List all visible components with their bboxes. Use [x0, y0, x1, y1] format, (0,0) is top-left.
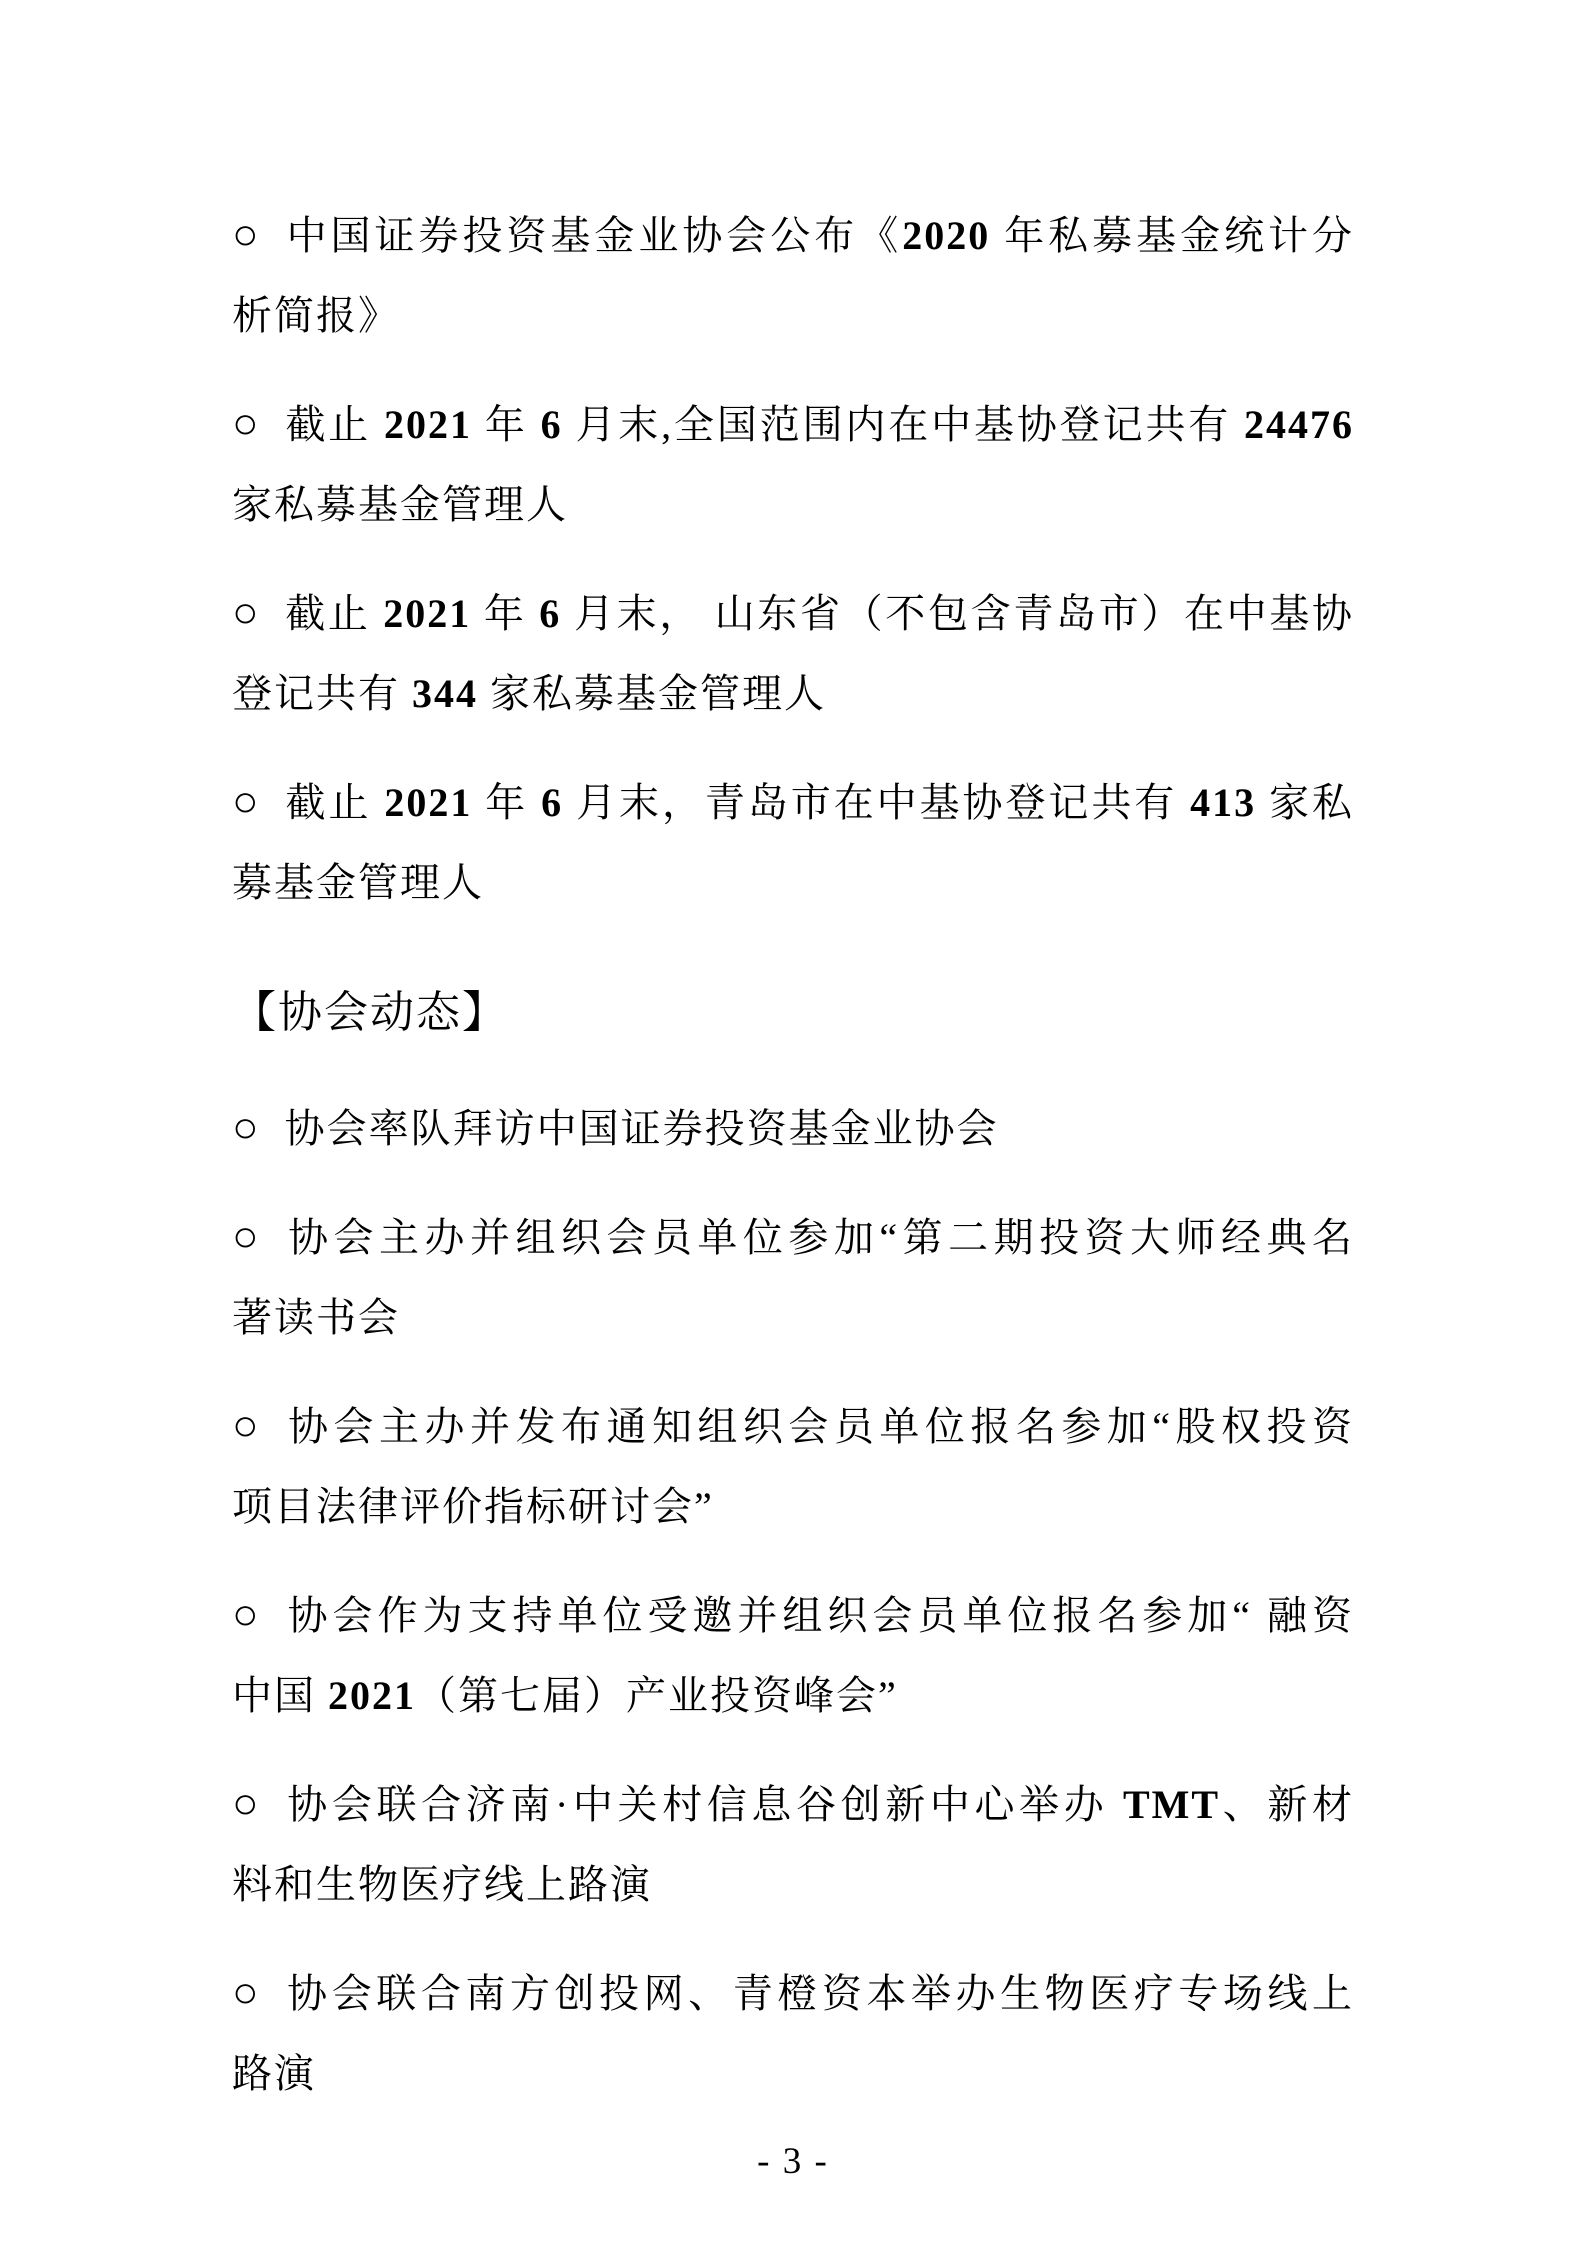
list-item: ○截止 2021 年 6 月末，青岛市在中基协登记共有 413 家私 募基金管理…: [232, 762, 1354, 923]
bullet-text: 中国证券投资基金业协会公布《2020 年私募基金统计分: [287, 213, 1354, 258]
bullet-text: 著读书会: [232, 1295, 400, 1340]
bullet-text: 协会作为支持单位受邀并组织会员单位报名参加“ 融资: [288, 1593, 1354, 1638]
bullet-line: ○截止 2021 年 6 月末,全国范围内在中基协登记共有 24476: [232, 384, 1354, 465]
bullet-circle-icon: ○: [232, 1590, 264, 1639]
bullet-line: 募基金管理人: [232, 843, 1354, 923]
bullet-line: 登记共有 344 家私募基金管理人: [232, 654, 1354, 734]
list-item: ○截止 2021 年 6 月末， 山东省（不包含青岛市）在中基协 登记共有 34…: [232, 573, 1354, 734]
bullet-circle-icon: ○: [232, 1401, 264, 1450]
bullet-text: 项目法律评价指标研讨会”: [232, 1484, 714, 1529]
bullet-line: ○协会联合南方创投网、青橙资本举办生物医疗专场线上: [232, 1953, 1354, 2034]
bullet-text: 协会联合南方创投网、青橙资本举办生物医疗专场线上: [287, 1971, 1354, 2016]
bullet-text: 截止 2021 年 6 月末， 山东省（不包含青岛市）在中基协: [285, 591, 1354, 636]
bullet-text: 协会联合济南·中关村信息谷创新中心举办 TMT、新材: [287, 1782, 1354, 1827]
bullet-line: ○协会作为支持单位受邀并组织会员单位报名参加“ 融资: [232, 1575, 1354, 1656]
bullet-line: 中国 2021（第七届）产业投资峰会”: [232, 1656, 1354, 1736]
bullet-text: 登记共有 344 家私募基金管理人: [232, 671, 826, 716]
list-item: ○中国证券投资基金业协会公布《2020 年私募基金统计分 析简报》: [232, 195, 1354, 356]
list-item: ○协会主办并组织会员单位参加“第二期投资大师经典名 著读书会: [232, 1197, 1354, 1358]
bullet-circle-icon: ○: [232, 1779, 263, 1828]
list-item: ○协会主办并发布通知组织会员单位报名参加“股权投资 项目法律评价指标研讨会”: [232, 1386, 1354, 1547]
bullet-text: 路演: [232, 2051, 316, 2096]
bullet-circle-icon: ○: [232, 1212, 264, 1261]
bullet-circle-icon: ○: [232, 210, 263, 259]
document-body: ○中国证券投资基金业协会公布《2020 年私募基金统计分 析简报》 ○截止 20…: [232, 195, 1354, 2182]
bullet-circle-icon: ○: [232, 777, 262, 826]
bullet-line: ○中国证券投资基金业协会公布《2020 年私募基金统计分: [232, 195, 1354, 276]
list-item: ○协会联合济南·中关村信息谷创新中心举办 TMT、新材 料和生物医疗线上路演: [232, 1764, 1354, 1925]
bullet-line: ○协会联合济南·中关村信息谷创新中心举办 TMT、新材: [232, 1764, 1354, 1845]
bullet-line: ○协会率队拜访中国证券投资基金业协会: [232, 1088, 1354, 1169]
bullet-line: ○截止 2021 年 6 月末， 山东省（不包含青岛市）在中基协: [232, 573, 1354, 654]
bullet-line: 料和生物医疗线上路演: [232, 1845, 1354, 1925]
page: { "document": { "bullet_marker": "○", "s…: [0, 0, 1587, 2245]
bullet-circle-icon: ○: [232, 399, 261, 448]
bullet-text: 协会主办并组织会员单位参加“第二期投资大师经典名: [288, 1215, 1354, 1260]
bullet-line: 路演: [232, 2034, 1354, 2114]
page-number: - 3 -: [232, 2142, 1354, 2182]
bullet-circle-icon: ○: [232, 588, 261, 637]
bullet-text: 截止 2021 年 6 月末，青岛市在中基协登记共有 413 家私: [286, 780, 1355, 825]
bullet-text: 析简报》: [232, 293, 400, 338]
bullet-line: ○协会主办并组织会员单位参加“第二期投资大师经典名: [232, 1197, 1354, 1278]
section-heading: 【协会动态】: [232, 973, 1354, 1053]
bullet-line: 项目法律评价指标研讨会”: [232, 1467, 1354, 1547]
bullet-line: 著读书会: [232, 1278, 1354, 1358]
list-item: ○截止 2021 年 6 月末,全国范围内在中基协登记共有 24476 家私募基…: [232, 384, 1354, 545]
list-item: ○协会率队拜访中国证券投资基金业协会: [232, 1088, 1354, 1169]
bullet-circle-icon: ○: [232, 1103, 261, 1152]
list-item: ○协会联合南方创投网、青橙资本举办生物医疗专场线上 路演: [232, 1953, 1354, 2114]
bullet-text: 家私募基金管理人: [232, 482, 568, 527]
bullet-text: 截止 2021 年 6 月末,全国范围内在中基协登记共有 24476: [285, 402, 1354, 447]
bullet-text: 中国 2021（第七届）产业投资峰会”: [232, 1673, 898, 1718]
bullet-text: 协会主办并发布通知组织会员单位报名参加“股权投资: [288, 1404, 1354, 1449]
bullet-text: 协会率队拜访中国证券投资基金业协会: [285, 1106, 999, 1151]
bullet-text: 募基金管理人: [232, 860, 484, 905]
list-item: ○协会作为支持单位受邀并组织会员单位报名参加“ 融资 中国 2021（第七届）产…: [232, 1575, 1354, 1736]
bullet-line: ○协会主办并发布通知组织会员单位报名参加“股权投资: [232, 1386, 1354, 1467]
bullet-line: 家私募基金管理人: [232, 465, 1354, 545]
bullet-text: 料和生物医疗线上路演: [232, 1862, 652, 1907]
bullet-line: ○截止 2021 年 6 月末，青岛市在中基协登记共有 413 家私: [232, 762, 1354, 843]
bullet-circle-icon: ○: [232, 1968, 263, 2017]
bullet-line: 析简报》: [232, 276, 1354, 356]
